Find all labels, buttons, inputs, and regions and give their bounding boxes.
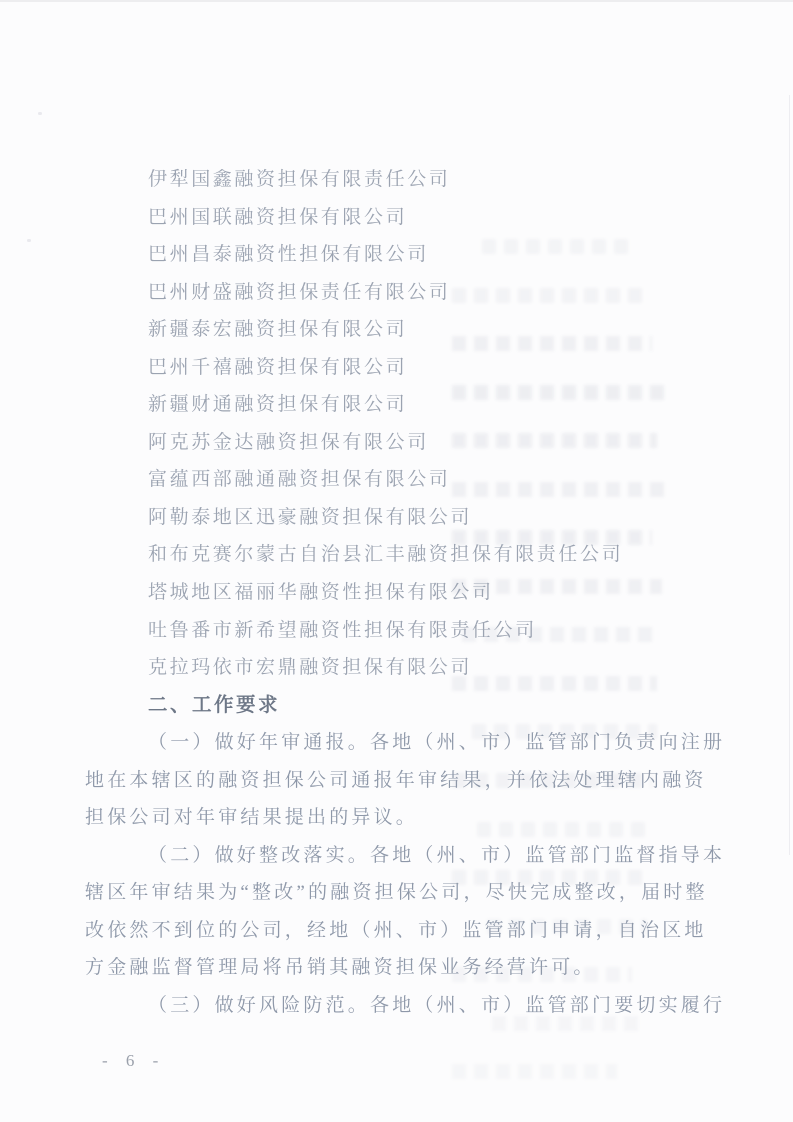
- company-list-item: 富蕴西部融通融资担保有限公司: [85, 461, 717, 499]
- company-list-item: 巴州国联融资担保有限公司: [85, 199, 717, 237]
- scan-speck-artifact: [38, 112, 42, 115]
- company-list-item: 克拉玛依市宏鼎融资担保有限公司: [85, 649, 717, 687]
- company-list-item: 巴州昌泰融资性担保有限公司: [85, 236, 717, 274]
- paragraph-2-line: 改依然不到位的公司，经地（州、市）监管部门申请，自治区地: [85, 912, 717, 950]
- scanned-document-page: 伊犁国鑫融资担保有限责任公司 巴州国联融资担保有限公司 巴州昌泰融资性担保有限公…: [0, 0, 793, 1122]
- scan-speck-artifact: [27, 239, 31, 242]
- company-list-item: 阿克苏金达融资担保有限公司: [85, 424, 717, 462]
- paragraph-3-line: （三）做好风险防范。各地（州、市）监管部门要切实履行: [85, 987, 717, 1025]
- paragraph-1-line: 担保公司对年审结果提出的异议。: [85, 799, 717, 837]
- page-number: - 6 -: [102, 1046, 165, 1076]
- company-list-item: 伊犁国鑫融资担保有限责任公司: [85, 161, 717, 199]
- company-list-item: 塔城地区福丽华融资性担保有限公司: [85, 574, 717, 612]
- scan-edge-artifact: [0, 0, 793, 2]
- paragraph-1-line: 地在本辖区的融资担保公司通报年审结果，并依法处理辖内融资: [85, 762, 717, 800]
- paragraph-2-line: 方金融监督管理局将吊销其融资担保业务经营许可。: [85, 949, 717, 987]
- document-body: 伊犁国鑫融资担保有限责任公司 巴州国联融资担保有限公司 巴州昌泰融资性担保有限公…: [85, 161, 717, 1025]
- section-heading: 二、工作要求: [85, 687, 717, 725]
- company-list-item: 新疆泰宏融资担保有限公司: [85, 311, 717, 349]
- paragraph-1-line: （一）做好年审通报。各地（州、市）监管部门负责向注册: [85, 724, 717, 762]
- paragraph-2-line: 辖区年审结果为“整改”的融资担保公司，尽快完成整改，届时整: [85, 874, 717, 912]
- scan-edge-artifact: [789, 95, 790, 855]
- company-list-item: 巴州财盛融资担保责任有限公司: [85, 274, 717, 312]
- company-list-item: 吐鲁番市新希望融资性担保有限责任公司: [85, 612, 717, 650]
- company-list-item: 阿勒泰地区迅豪融资担保有限公司: [85, 499, 717, 537]
- company-list-item: 和布克赛尔蒙古自治县汇丰融资担保有限责任公司: [85, 536, 717, 574]
- company-list-item: 巴州千禧融资担保有限公司: [85, 349, 717, 387]
- company-list-item: 新疆财通融资担保有限公司: [85, 386, 717, 424]
- paragraph-2-line: （二）做好整改落实。各地（州、市）监管部门监督指导本: [85, 837, 717, 875]
